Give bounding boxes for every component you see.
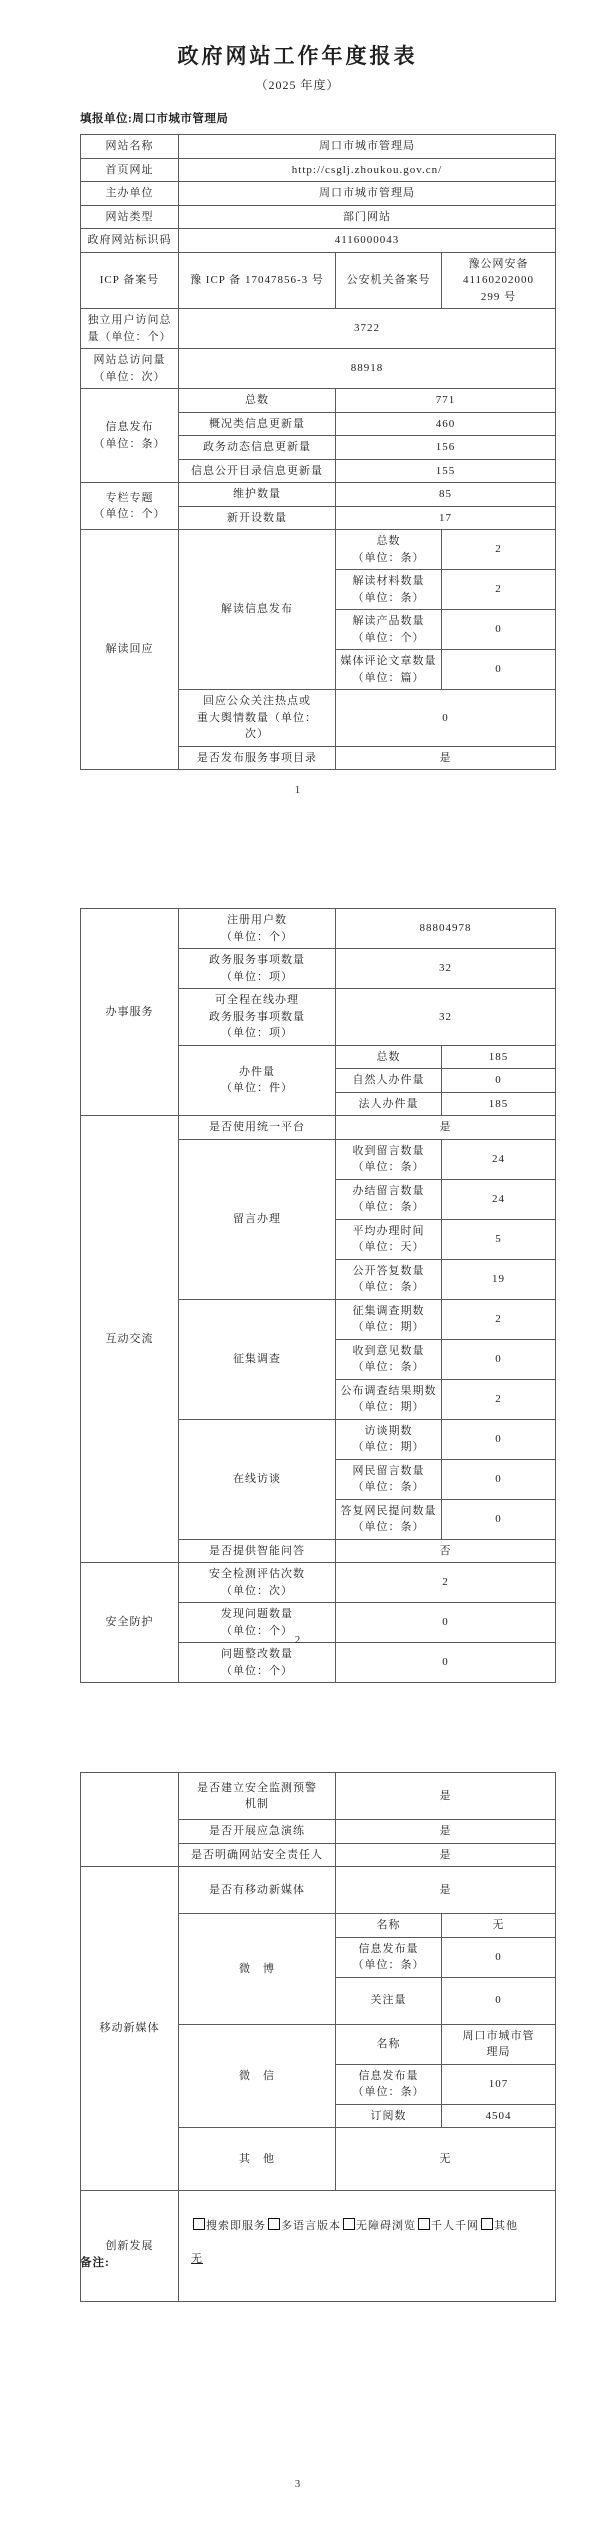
- field-label: 问题整改数量 （单位：个）: [179, 1643, 336, 1683]
- subgroup-label: 留言办理: [179, 1139, 336, 1299]
- field-value: 2: [442, 530, 556, 570]
- field-label: 公开答复数量 （单位：条）: [336, 1259, 442, 1299]
- annual-report-document: 政府网站工作年度报表 （2025 年度） 填报单位:周口市城市管理局 网站名称 …: [0, 0, 595, 2526]
- field-value: 24: [442, 1139, 556, 1179]
- field-value: 460: [336, 412, 556, 436]
- field-value: 2: [442, 570, 556, 610]
- field-value: 是: [336, 1116, 556, 1140]
- field-label: ICP 备案号: [81, 252, 179, 309]
- field-value: 0: [336, 690, 556, 747]
- field-label: 维护数量: [179, 483, 336, 507]
- table-row: 主办单位 周口市城市管理局: [81, 182, 556, 206]
- field-value: 5: [442, 1219, 556, 1259]
- table-row: 网站类型 部门网站: [81, 205, 556, 229]
- field-label: 平均办理时间 （单位：天）: [336, 1219, 442, 1259]
- field-value: 88918: [179, 349, 556, 389]
- subgroup-label: 微 信: [179, 2024, 336, 2128]
- field-value: 17: [336, 506, 556, 530]
- field-value: 3722: [179, 309, 556, 349]
- table-row: 网站总访问量 （单位：次） 88918: [81, 349, 556, 389]
- field-label: 订阅数: [336, 2104, 442, 2128]
- field-label: 收到意见数量 （单位：条）: [336, 1339, 442, 1379]
- field-value: 2: [336, 1563, 556, 1603]
- group-label: 移动新媒体: [81, 1867, 179, 2191]
- field-label: 注册用户数 （单位：个）: [179, 909, 336, 949]
- subgroup-label: 办件量 （单位：件）: [179, 1045, 336, 1116]
- field-value: 豫 ICP 备 17047856-3 号: [179, 252, 336, 309]
- field-value: 部门网站: [179, 205, 556, 229]
- innovation-option-label: 多语言版本: [281, 2220, 341, 2232]
- checkbox-icon[interactable]: [343, 2218, 355, 2230]
- field-value: 107: [442, 2064, 556, 2104]
- field-value: 无: [442, 1914, 556, 1938]
- table-row: ICP 备案号 豫 ICP 备 17047856-3 号 公安机关备案号 豫公网…: [81, 252, 556, 309]
- field-label: 信息发布量 （单位：条）: [336, 2064, 442, 2104]
- innovation-option-label: 千人千网: [431, 2220, 479, 2232]
- field-value: 0: [442, 1069, 556, 1093]
- field-label: 新开设数量: [179, 506, 336, 530]
- field-label: 安全检测评估次数 （单位：次）: [179, 1563, 336, 1603]
- page-title: 政府网站工作年度报表: [0, 40, 595, 70]
- field-label: 网站总访问量 （单位：次）: [81, 349, 179, 389]
- field-label: 总数: [179, 389, 336, 413]
- field-label: 名称: [336, 1914, 442, 1938]
- field-value: 无: [336, 2128, 556, 2191]
- field-label: 首页网址: [81, 158, 179, 182]
- field-label: 访谈期数 （单位：期）: [336, 1419, 442, 1459]
- table-row: 互动交流 是否使用统一平台 是: [81, 1116, 556, 1140]
- table-row: 安全防护 安全检测评估次数 （单位：次） 2: [81, 1563, 556, 1603]
- checkbox-icon[interactable]: [268, 2218, 280, 2230]
- field-label: 网站类型: [81, 205, 179, 229]
- field-value: 0: [442, 1419, 556, 1459]
- field-label: 关注量: [336, 1977, 442, 2024]
- field-value: 0: [442, 1499, 556, 1539]
- table-row: 网站名称 周口市城市管理局: [81, 135, 556, 159]
- field-label: 政务服务事项数量 （单位：项）: [179, 949, 336, 989]
- field-value: 185: [442, 1045, 556, 1069]
- table-row: 解读回应 解读信息发布 总数 （单位：条） 2: [81, 530, 556, 570]
- field-label: 信息发布量 （单位：条）: [336, 1937, 442, 1977]
- field-value: 是: [336, 746, 556, 770]
- field-value: 19: [442, 1259, 556, 1299]
- field-value: 155: [336, 459, 556, 483]
- checkbox-icon[interactable]: [481, 2218, 493, 2230]
- field-value: 0: [336, 1643, 556, 1683]
- field-value: 0: [442, 1977, 556, 2024]
- field-value: 0: [442, 1339, 556, 1379]
- table-row: 专栏专题 （单位：个） 维护数量 85: [81, 483, 556, 507]
- field-value: 否: [336, 1539, 556, 1563]
- field-label: 名称: [336, 2024, 442, 2064]
- page-subtitle: （2025 年度）: [0, 76, 595, 93]
- homepage-url: http://csglj.zhoukou.gov.cn/: [179, 158, 556, 182]
- basic-info-table: 网站名称 周口市城市管理局 首页网址 http://csglj.zhoukou.…: [80, 134, 556, 770]
- field-value: 是: [336, 1867, 556, 1914]
- field-label: 概况类信息更新量: [179, 412, 336, 436]
- field-label: 是否发布服务事项目录: [179, 746, 336, 770]
- group-label: 解读回应: [81, 530, 179, 770]
- subgroup-label: 解读信息发布: [179, 530, 336, 690]
- field-value: 是: [336, 1820, 556, 1844]
- field-label: 独立用户访问总 量（单位：个）: [81, 309, 179, 349]
- group-label: 安全防护: [81, 1563, 179, 1683]
- field-value: 88804978: [336, 909, 556, 949]
- subgroup-label: 其 他: [179, 2128, 336, 2191]
- field-label: 回应公众关注热点或 重大舆情数量（单位： 次）: [179, 690, 336, 747]
- field-value: 2: [442, 1379, 556, 1419]
- field-value: 32: [336, 989, 556, 1046]
- innovation-option-label: 无障碍浏览: [356, 2220, 416, 2232]
- table-row: 独立用户访问总 量（单位：个） 3722: [81, 309, 556, 349]
- reporting-unit-line: 填报单位:周口市城市管理局: [80, 110, 228, 126]
- group-label: 专栏专题 （单位：个）: [81, 483, 179, 530]
- field-label: 政府网站标识码: [81, 229, 179, 253]
- table-row: 办事服务 注册用户数 （单位：个） 88804978: [81, 909, 556, 949]
- field-label: 主办单位: [81, 182, 179, 206]
- field-label: 公安机关备案号: [336, 252, 442, 309]
- innovation-option-label: 搜索即服务: [206, 2220, 266, 2232]
- new-media-innovation-table: 是否建立安全监测预警 机制 是 是否开展应急演练 是 是否明确网站安全责任人 是…: [80, 1772, 556, 2302]
- field-value: 185: [442, 1092, 556, 1116]
- checkbox-icon[interactable]: [193, 2218, 205, 2230]
- innovation-option-label: 其他: [494, 2220, 518, 2232]
- field-value: 771: [336, 389, 556, 413]
- field-label: 是否使用统一平台: [179, 1116, 336, 1140]
- page-number: 2: [0, 1634, 595, 1646]
- page-number: 3: [0, 2478, 595, 2490]
- field-label: 是否建立安全监测预警 机制: [179, 1773, 336, 1820]
- field-label: 答复网民提问数量 （单位：条）: [336, 1499, 442, 1539]
- field-label: 收到留言数量 （单位：条）: [336, 1139, 442, 1179]
- subgroup-label: 在线访谈: [179, 1419, 336, 1539]
- field-label: 网站名称: [81, 135, 179, 159]
- empty-group-cell: [81, 1773, 179, 1867]
- field-label: 征集调查期数 （单位：期）: [336, 1299, 442, 1339]
- field-label: 自然人办件量: [336, 1069, 442, 1093]
- field-label: 办结留言数量 （单位：条）: [336, 1179, 442, 1219]
- field-value: 32: [336, 949, 556, 989]
- group-label: 创新发展: [81, 2191, 179, 2302]
- innovation-options-cell: 搜索即服务多语言版本无障碍浏览千人千网其他 无: [179, 2191, 556, 2302]
- field-label: 公布调查结果期数 （单位：期）: [336, 1379, 442, 1419]
- field-label: 是否开展应急演练: [179, 1820, 336, 1844]
- field-value: 2: [442, 1299, 556, 1339]
- table-row: 首页网址 http://csglj.zhoukou.gov.cn/: [81, 158, 556, 182]
- table-row: 政府网站标识码 4116000043: [81, 229, 556, 253]
- field-value: 是: [336, 1773, 556, 1820]
- subgroup-label: 微 博: [179, 1914, 336, 2025]
- table-row: 是否建立安全监测预警 机制 是: [81, 1773, 556, 1820]
- field-label: 可全程在线办理 政务服务事项数量 （单位：项）: [179, 989, 336, 1046]
- group-label: 互动交流: [81, 1116, 179, 1563]
- field-label: 信息公开目录信息更新量: [179, 459, 336, 483]
- field-label: 媒体评论文章数量 （单位：篇）: [336, 650, 442, 690]
- field-value: 周口市城市管理局: [179, 182, 556, 206]
- table-row: 信息发布 （单位：条） 总数 771: [81, 389, 556, 413]
- field-value: 周口市城市管理局: [179, 135, 556, 159]
- field-value: 周口市城市管 理局: [442, 2024, 556, 2064]
- field-value: 豫公网安备 41160202000 299 号: [442, 252, 556, 309]
- field-value: 0: [442, 1459, 556, 1499]
- remarks-label: 备注:: [80, 2254, 110, 2270]
- field-value: 0: [442, 1937, 556, 1977]
- field-value: 0: [442, 610, 556, 650]
- checkbox-icon[interactable]: [418, 2218, 430, 2230]
- field-label: 解读产品数量 （单位：个）: [336, 610, 442, 650]
- field-value: 是: [336, 1843, 556, 1867]
- group-label: 办事服务: [81, 909, 179, 1116]
- subgroup-label: 征集调查: [179, 1299, 336, 1419]
- field-label: 是否有移动新媒体: [179, 1867, 336, 1914]
- field-label: 总数: [336, 1045, 442, 1069]
- table-row: 创新发展 搜索即服务多语言版本无障碍浏览千人千网其他 无: [81, 2191, 556, 2302]
- field-label: 解读材料数量 （单位：条）: [336, 570, 442, 610]
- innovation-none-value: 无: [191, 2253, 203, 2265]
- field-value: 85: [336, 483, 556, 507]
- services-interaction-table: 办事服务 注册用户数 （单位：个） 88804978 政务服务事项数量 （单位：…: [80, 908, 556, 1683]
- field-label: 法人办件量: [336, 1092, 442, 1116]
- field-label: 是否明确网站安全责任人: [179, 1843, 336, 1867]
- field-label: 政务动态信息更新量: [179, 436, 336, 460]
- table-row: 移动新媒体 是否有移动新媒体 是: [81, 1867, 556, 1914]
- field-value: 24: [442, 1179, 556, 1219]
- field-value: 4504: [442, 2104, 556, 2128]
- page-number: 1: [0, 784, 595, 796]
- field-label: 网民留言数量 （单位：条）: [336, 1459, 442, 1499]
- field-label: 总数 （单位：条）: [336, 530, 442, 570]
- group-label: 信息发布 （单位：条）: [81, 389, 179, 483]
- field-label: 是否提供智能问答: [179, 1539, 336, 1563]
- field-value: 156: [336, 436, 556, 460]
- field-value: 0: [442, 650, 556, 690]
- field-value: 4116000043: [179, 229, 556, 253]
